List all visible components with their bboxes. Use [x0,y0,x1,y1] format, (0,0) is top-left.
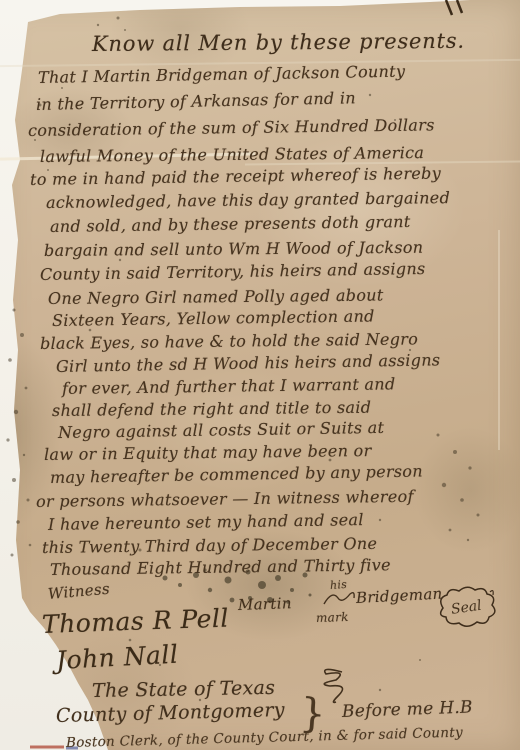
signer-first-name: Martin [238,594,292,614]
signature-mark-label: mark [316,610,349,625]
document-line: One Negro Girl named Polly aged about [48,285,384,308]
document-line: bargain and sell unto Wm H Wood of Jacks… [44,238,423,260]
document-line: shall defend the right and title to said [52,398,371,420]
certification-state-line: The State of Texas [92,677,276,702]
cut-off-ink-mark [446,0,462,15]
seal: Seal [433,584,499,632]
signature-mark-squiggle [322,588,356,610]
seal-label: Seal [450,598,483,618]
scanned-document: Know all Men by these presents. That I M… [0,0,520,750]
document-heading: Know all Men by these presents. [92,29,465,56]
document-line: law or in Equity that may have been or [44,441,372,464]
document-line: lawful Money of the United States of Ame… [40,143,424,166]
